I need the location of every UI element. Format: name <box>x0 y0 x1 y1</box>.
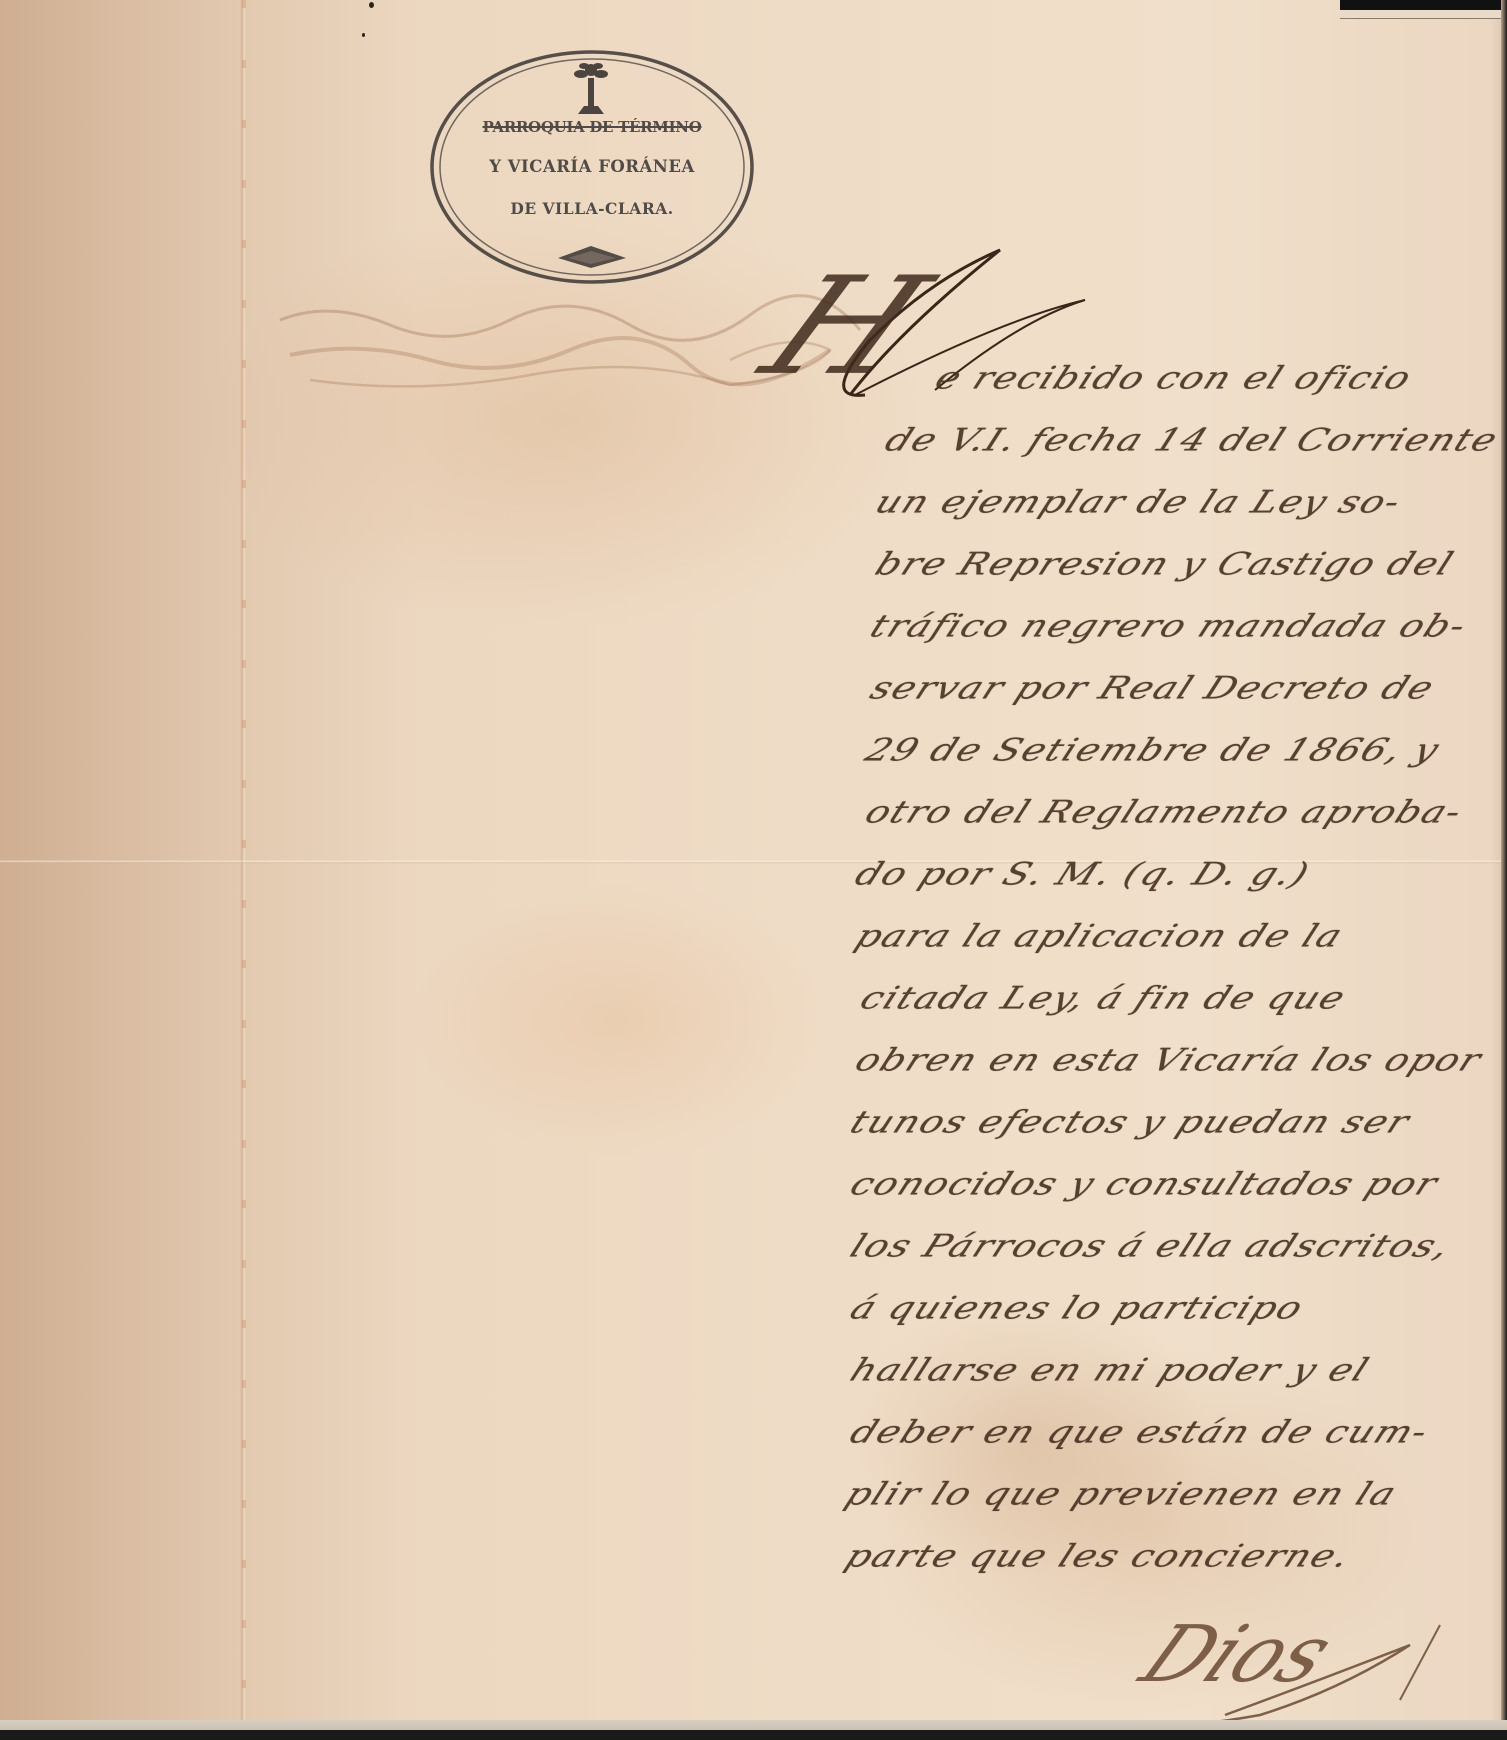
manuscript-line: un ejemplar de la Ley so- <box>870 484 1408 520</box>
stamp-text-line-2: Y VICARÍA FORÁNEA <box>428 157 756 176</box>
manuscript-line: plir lo que previenen en la <box>840 1476 1403 1512</box>
scan-edge-bottom <box>0 1720 1507 1730</box>
manuscript-line: conocidos y consultados por <box>845 1166 1444 1202</box>
manuscript-line: citada Ley, á fin de que <box>855 980 1352 1016</box>
closing-word: Dios <box>1126 1610 1348 1700</box>
manuscript-line: bre Represion y Castigo del <box>870 546 1460 582</box>
diamond-ornament-icon <box>558 246 626 268</box>
manuscript-line: 29 de Setiembre de 1866, y <box>860 732 1446 768</box>
manuscript-line: parte que les concierne. <box>840 1538 1357 1574</box>
manuscript-line: obren en esta Vicaría los opor <box>850 1042 1488 1078</box>
manuscript-line: de V.I. fecha 14 del Corriente <box>880 422 1504 458</box>
parish-seal-stamp: PARROQUIA DE TÉRMINO Y VICARÍA FORÁNEA D… <box>428 48 756 286</box>
ink-speck <box>369 2 374 8</box>
manuscript-line: los Párrocos á ella adscritos, <box>845 1228 1457 1264</box>
manuscript-line: hallarse en mi poder y el <box>845 1352 1375 1388</box>
stamp-text-line-1: PARROQUIA DE TÉRMINO <box>428 118 756 136</box>
scan-edge-top <box>1340 0 1507 10</box>
manuscript-line: servar por Real Decreto de <box>865 670 1440 706</box>
manuscript-line: tunos efectos y puedan ser <box>845 1104 1416 1140</box>
manuscript-page: PARROQUIA DE TÉRMINO Y VICARÍA FORÁNEA D… <box>0 0 1507 1730</box>
manuscript-line: á quienes lo participo <box>845 1290 1310 1326</box>
manuscript-line: otro del Reglamento aproba- <box>860 794 1469 830</box>
manuscript-line: tráfico negrero mandada ob- <box>865 608 1473 644</box>
ink-speck <box>362 33 365 37</box>
paper-edge-strip <box>1340 10 1502 19</box>
fold-stain-marks <box>242 0 246 1730</box>
manuscript-line: e recibido con el oficio <box>930 360 1418 396</box>
scan-edge-right <box>1501 0 1507 1730</box>
manuscript-line: deber en que están de cum- <box>845 1414 1435 1450</box>
manuscript-line: do por S. M. (q. D. g.) <box>850 856 1316 892</box>
stamp-text-line-3: DE VILLA-CLARA. <box>428 199 756 218</box>
palm-tree-icon <box>574 63 608 114</box>
manuscript-line: para la aplicacion de la <box>850 918 1349 954</box>
